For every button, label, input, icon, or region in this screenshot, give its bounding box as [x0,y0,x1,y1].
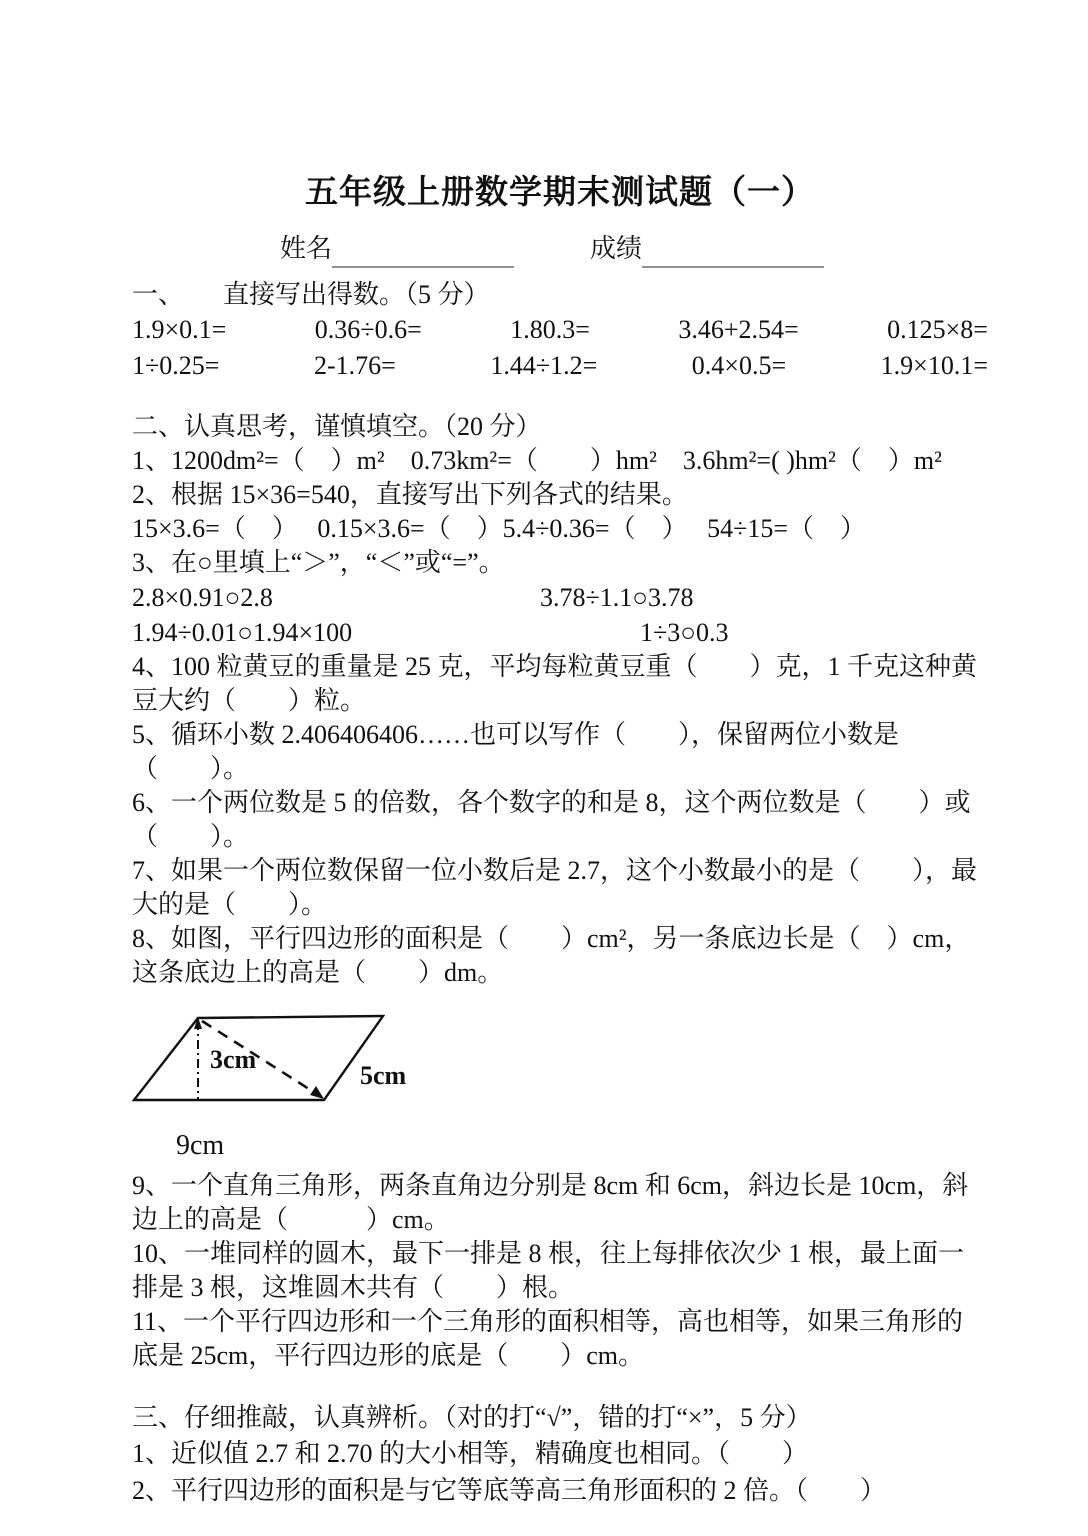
parallelogram-figure: 3cm 5cm 9cm [128,1004,988,1163]
side-label: 5cm [360,1061,407,1090]
equation: 1.9×10.1= [881,348,988,384]
section1-equation-row-2: 1÷0.25= 2-1.76= 1.44÷1.2= 0.4×0.5= 1.9×1… [132,348,988,384]
score-blank-line [642,238,824,268]
fill-blank-item-5: 5、循环小数 2.406406406……也可以写作（ ），保留两位小数是（ ）。 [132,718,988,786]
fill-blank-item-7: 7、如果一个两位数保留一位小数后是 2.7，这个小数最小的是（ ），最大的是（ … [132,854,988,922]
fill-blank-item-6: 6、一个两位数是 5 的倍数，各个数字的和是 8，这个两位数是（ ）或（ ）。 [132,786,988,854]
compare-expression: 1÷3○0.3 [640,618,728,647]
section3-heading: 三、仔细推敲，认真辨析。（对的打“√”，错的打“×”，5 分） [132,1401,988,1435]
fill-blank-item-11: 11、一个平行四边形和一个三角形的面积相等，高也相等，如果三角形的底是 25cm… [132,1305,988,1373]
signature-row: 姓名 成绩 [280,230,988,268]
equation: 1.44÷1.2= [490,348,597,384]
equation: 1÷0.25= [132,348,219,384]
section1-equation-row-1: 1.9×0.1= 0.36÷0.6= 1.80.3= 3.46+2.54= 0.… [132,312,988,348]
true-false-item-1: 1、近似值 2.7 和 2.70 的大小相等，精确度也相同。（ ） [132,1435,988,1472]
compare-row-2: 1.94÷0.01○1.94×1001÷3○0.3 [132,615,988,650]
equation: 0.125×8= [887,312,988,348]
fill-blank-item-9: 9、一个直角三角形，两条直角边分别是 8cm 和 6cm，斜边长是 10cm，斜… [132,1169,988,1237]
parallelogram-svg: 3cm 5cm [128,1004,458,1116]
fill-blank-item-2-equations: 15×3.6=（ ） 0.15×3.6=（ ）5.4÷0.36=（ ） 54÷1… [132,512,988,546]
compare-expression: 1.94÷0.01○1.94×100 [132,615,640,650]
compare-row-1: 2.8×0.91○2.83.78÷1.1○3.78 [132,580,988,615]
compare-expression: 2.8×0.91○2.8 [132,580,540,615]
worksheet-page: 五年级上册数学期末测试题（一） 姓名 成绩 一、 直接写出得数。（5 分） 1.… [0,0,1088,1536]
equation: 1.80.3= [510,312,590,348]
name-label: 姓名 [280,230,332,268]
equation: 1.9×0.1= [132,312,226,348]
fill-blank-item-1: 1、1200dm²=（ ）m² 0.73km²=（ ）hm² 3.6hm²=( … [132,444,988,478]
section1-heading: 一、 直接写出得数。（5 分） [132,278,988,312]
diagonal-arrowhead-icon [310,1086,324,1099]
equation: 0.4×0.5= [692,348,786,384]
compare-expression: 3.78÷1.1○3.78 [540,583,693,612]
score-label: 成绩 [590,230,642,268]
fill-blank-item-3: 3、在○里填上“＞”，“＜”或“=”。 [132,546,988,580]
base-label: 9cm [176,1129,988,1163]
page-title: 五年级上册数学期末测试题（一） [132,172,988,214]
equation: 2-1.76= [314,348,396,384]
fill-blank-item-2: 2、根据 15×36=540，直接写出下列各式的结果。 [132,478,988,512]
fill-blank-item-4: 4、100 粒黄豆的重量是 25 克，平均每粒黄豆重（ ）克，1 千克这种黄豆大… [132,650,988,718]
true-false-item-2: 2、平行四边形的面积是与它等底等高三角形面积的 2 倍。（ ） [132,1472,988,1509]
fill-blank-item-8: 8、如图，平行四边形的面积是（ ）cm²，另一条底边长是（ ）cm，这条底边上的… [132,922,988,990]
height-label: 3cm [210,1045,257,1074]
equation: 0.36÷0.6= [315,312,422,348]
section2-heading: 二、认真思考，谨慎填空。（20 分） [132,410,988,444]
name-blank-line [332,238,514,268]
fill-blank-item-10: 10、一堆同样的圆木，最下一排是 8 根，往上每排依次少 1 根，最上面一排是 … [132,1237,988,1305]
equation: 3.46+2.54= [678,312,798,348]
